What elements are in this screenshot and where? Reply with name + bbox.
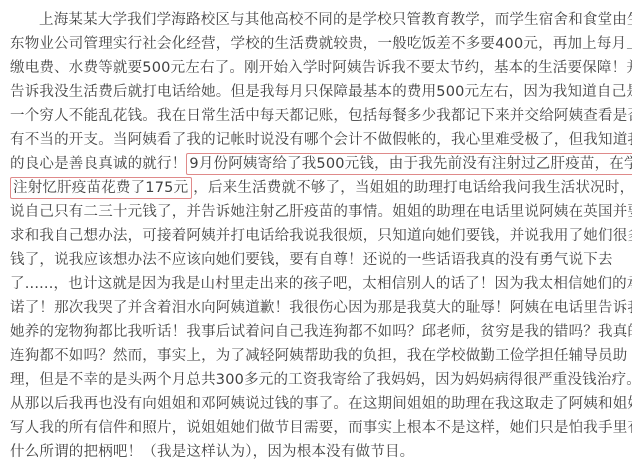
text-line: 东物业公司管理实行社会化经营，学校的生活费就较贵，一般吃饭差不多要400元，再加… xyxy=(10,32,632,56)
text-segment: ，后来生活费就不够了，当姐姐的助理打电话给我问我生活状况时，我 xyxy=(193,180,632,196)
text-line: 理，但是不幸的是头两个月总共300多元的工资我寄给了我妈妈，因为妈妈病得很严重没… xyxy=(10,368,632,392)
text-line: 什么所谓的把柄吧！（我是这样认为），因为根本没有做节目。 xyxy=(10,440,632,460)
text-line: 她养的宠物狗都比我听话！我事后试着问自己我连狗都不如吗？邱老师，贫穷是我的错吗？… xyxy=(10,320,632,344)
text-line: 从那以后我再也没有向姐姐和邓阿姨说过钱的事了。在这期间姐姐的助理在我这取走了阿姨… xyxy=(10,392,632,416)
article-text: 上海某某大学我们学海路校区与其他高校不同的是学校只管教育教学，而学生宿舍和食堂由… xyxy=(0,0,640,460)
text-line: 求和我自己想办法，可接着阿姨并打电话给我说我很烦，只知道向她们要钱，并说我用了她… xyxy=(10,224,632,248)
text-line: 连狗都不如吗？然而，事实上，为了减轻阿姨帮助我的负担，我在学校做勤工俭学担任辅导… xyxy=(10,344,632,368)
text-line: 一个穷人不能乱花钱。我在日常生活中每天都记账，包括每餐多少我都记下来并交给阿姨查… xyxy=(10,104,632,128)
text-line: 的良心是善良真诚的就行！9月份阿姨寄给了我500元钱，由于我先前没有注射过乙肝疫… xyxy=(10,152,632,176)
text-segment: 的良心是善良真诚的就行！ xyxy=(10,156,186,172)
text-line: 说自己只有二三十元钱了，并告诉她注射乙肝疫苗的事情。姐姐的助理在电话里说阿姨在英… xyxy=(10,200,632,224)
text-line: 上海某某大学我们学海路校区与其他高校不同的是学校只管教育教学，而学生宿舍和食堂由… xyxy=(10,8,632,32)
text-line: 告诉我没生活费后就打电话给她。但是我每月只保障最基本的费用500元左右，因为我知… xyxy=(10,80,632,104)
text-line: 写人我的所有信件和照片，说姐姐她们做节目需要，而事实上根本不是这样，她们只是怕我… xyxy=(10,416,632,440)
text-line: 了......，也计这就是因为我是山村里走出来的孩子吧，太相信别人的话了！因为我… xyxy=(10,272,632,296)
text-line: 诺了！那次我哭了并含着泪水向阿姨道歉！我很伤心因为那是我莫大的耻辱！阿姨在电话里… xyxy=(10,296,632,320)
text-line: 有不当的开支。当阿姨看了我的记帐时说没有哪个会计不做假帐的，我心里难受极了，但我… xyxy=(10,128,632,152)
highlight-box-lower: 注射忆肝疫苗花费了175元 xyxy=(10,177,192,199)
highlight-box-upper: 9月份阿姨寄给了我500元钱，由于我先前没有注射过乙肝疫苗，在学校 xyxy=(186,153,632,175)
text-line: 缴电费、水费等就要500元左右了。刚开始入学时阿姨告诉我不要太节约，基本的生活要… xyxy=(10,56,632,80)
text-line: 钱了，说我应该想办法不应该向她们要钱，要有自尊！还说的一些话语我真的没有勇气说下… xyxy=(10,248,632,272)
text-line: 注射忆肝疫苗花费了175元，后来生活费就不够了，当姐姐的助理打电话给我问我生活状… xyxy=(10,176,632,200)
